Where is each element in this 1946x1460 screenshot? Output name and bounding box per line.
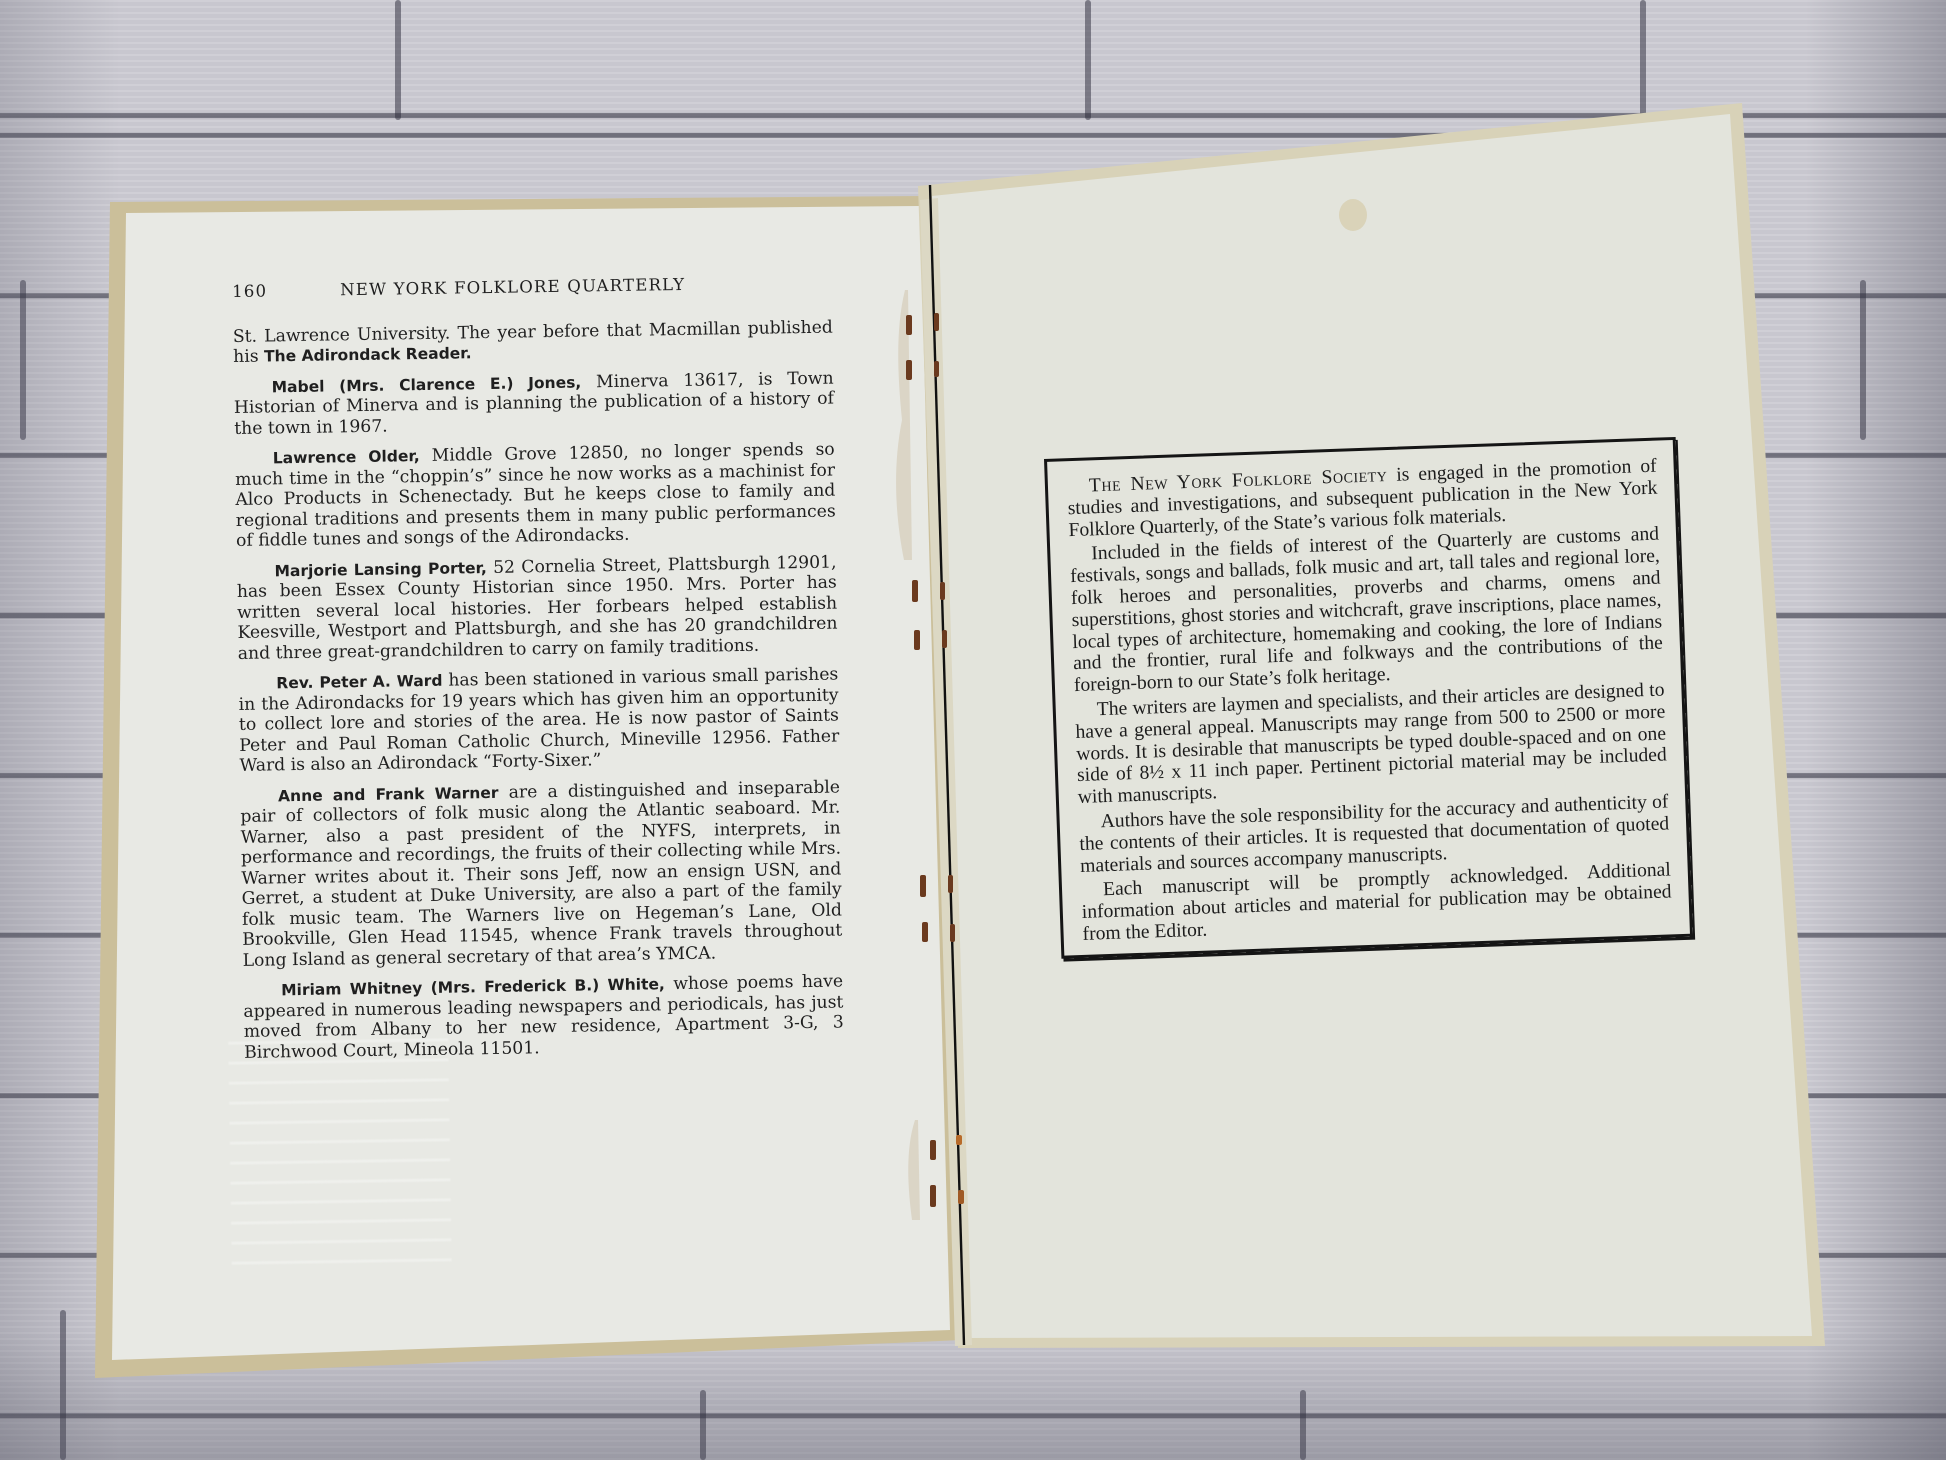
journal-title: NEW YORK FOLKLORE QUARTERLY bbox=[340, 275, 685, 301]
contributor-paragraph: Anne and Frank Warner are a distinguishe… bbox=[240, 777, 843, 971]
contributor-paragraph: Lawrence Older, Middle Grove 12850, no l… bbox=[235, 440, 837, 552]
show-through-glare bbox=[228, 1038, 452, 1271]
left-page-text: 160 NEW YORK FOLKLORE QUARTERLY St. Lawr… bbox=[232, 273, 844, 1073]
contributor-paragraph: Rev. Peter A. Ward has been stationed in… bbox=[238, 665, 840, 777]
notice-paragraph: The writers are laymen and specialists, … bbox=[1074, 679, 1667, 809]
notice-text: The New York Folklore Society is engaged… bbox=[1067, 456, 1673, 949]
notice-paragraph: Included in the fields of interest of th… bbox=[1069, 524, 1664, 697]
contributor-paragraph: St. Lawrence University. The year before… bbox=[233, 317, 834, 367]
contributor-paragraph: Mabel (Mrs. Clarence E.) Jones, Minerva … bbox=[234, 368, 835, 439]
society-notice-box: The New York Folklore Society is engaged… bbox=[1044, 437, 1693, 959]
contributor-paragraph: Marjorie Lansing Porter, 52 Cornelia Str… bbox=[236, 552, 838, 664]
page-number: 160 bbox=[232, 280, 340, 302]
